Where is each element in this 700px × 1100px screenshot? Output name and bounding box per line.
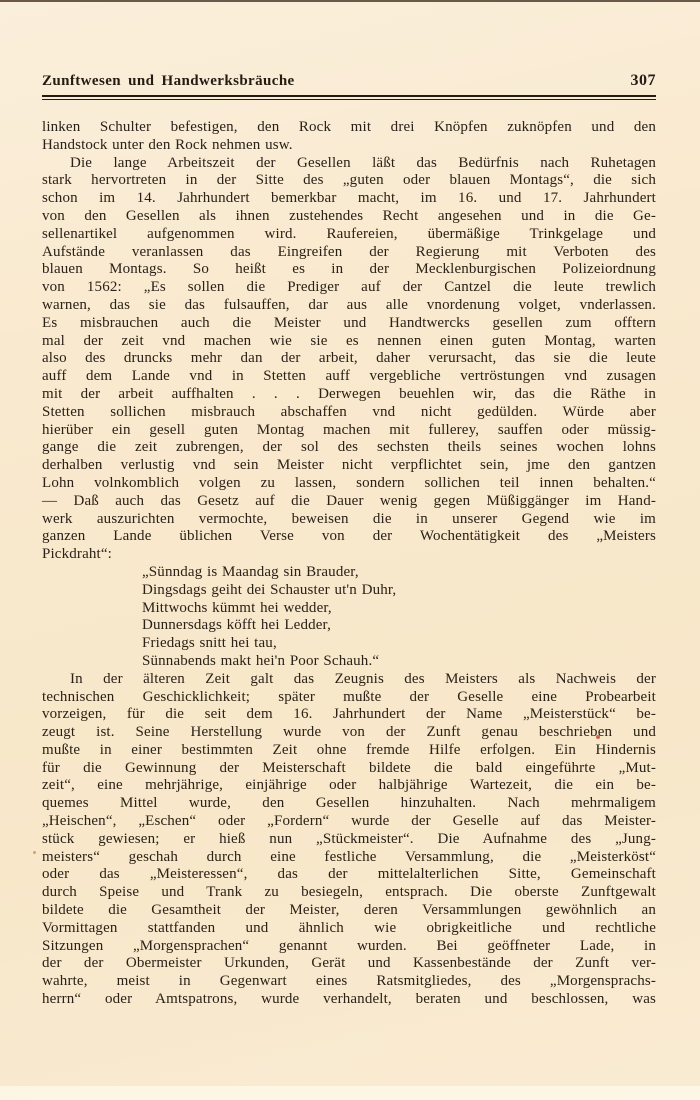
text-line: mit der arbeit auffhalten . . . Derwegen… — [42, 386, 656, 404]
verse-line: Mittwochs kümmt hei wedder, — [142, 600, 656, 618]
text-line: linken Schulter befestigen, den Rock mit… — [42, 119, 656, 137]
text-line: zeit“, eine mehrjährige, einjährige oder… — [42, 777, 656, 795]
paragraph: In der älteren Zeit galt das Zeugnis des… — [42, 671, 656, 1009]
text-line: „Heischen“, „Eschen“ oder „Fordern“ wurd… — [42, 813, 656, 831]
page-title: Zunftwesen und Handwerksbräuche — [42, 73, 295, 90]
text-line: Handstock unter den Rock nehmen usw. — [42, 137, 656, 155]
text-line: durch Speise und Trank zu besiegeln, ent… — [42, 884, 656, 902]
paragraph: Die lange Arbeitszeit der Gesellen läßt … — [42, 155, 656, 564]
text-line: — Daß auch das Gesetz auf die Dauer weni… — [42, 493, 656, 511]
text-line: Aufstände veranlassen das Eingreifen der… — [42, 244, 656, 262]
text-line: sellenartikel aufgenommen wird. Rauferei… — [42, 226, 656, 244]
page-top-edge-shadow — [0, 0, 700, 2]
paragraph: linken Schulter befestigen, den Rock mit… — [42, 119, 656, 155]
page-content: Zunftwesen und Handwerksbräuche 307 link… — [42, 72, 656, 1009]
text-line: blauen Montags. So heißt es in der Meckl… — [42, 261, 656, 279]
text-line: ganzen Lande üblichen Verse von der Woch… — [42, 528, 656, 546]
header-double-rule — [42, 95, 656, 100]
ink-speck — [596, 735, 600, 739]
text-line: von den Gesellen als ihnen zustehendes R… — [42, 208, 656, 226]
verse-line: Sünnabends makt hei'n Poor Schauh.“ — [142, 653, 656, 671]
text-line: werk auszurichten vermochte, beweisen di… — [42, 511, 656, 529]
verse-line: „Sünndag is Maandag sin Brauder, — [142, 564, 656, 582]
text-line: der der Obermeister Urkunden, Gerät und … — [42, 955, 656, 973]
text-line: warnen, das sie das fulsauffen, dar aus … — [42, 297, 656, 315]
page-number: 307 — [631, 72, 657, 90]
verse-block: „Sünndag is Maandag sin Brauder,Dingsdag… — [142, 564, 656, 671]
text-line: schon im 14. Jahrhundert bemerkbar macht… — [42, 190, 656, 208]
text-line: von 1562: „Es sollen die Prediger auf de… — [42, 279, 656, 297]
text-line: oder das „Meisteressen“, das der mittela… — [42, 866, 656, 884]
text-line: meisters“ geschah durch eine festliche V… — [42, 849, 656, 867]
text-line: gange die zeit zubrengen, der sol des se… — [42, 439, 656, 457]
text-line: derhalben verlustig vnd sein Meister nic… — [42, 457, 656, 475]
text-line: herrn“ oder Amtspatrons, wurde verhandel… — [42, 991, 656, 1009]
text-line: In der älteren Zeit galt das Zeugnis des… — [42, 671, 656, 689]
page-bottom-edge — [0, 1086, 700, 1100]
text-line: Vormittagen stattfanden und ähnlich wie … — [42, 920, 656, 938]
text-line: also des druncks mehr dan der arbeit, da… — [42, 350, 656, 368]
text-line: quemes Mittel wurde, den Gesellen hinzuh… — [42, 795, 656, 813]
text-line: bildete die Gesamtheit der Meister, dere… — [42, 902, 656, 920]
text-line: mal der zeit vnd machen wie sie es nenne… — [42, 333, 656, 351]
text-line: stark hervortreten in der Sitte des „gut… — [42, 172, 656, 190]
body-text: linken Schulter befestigen, den Rock mit… — [42, 119, 656, 1009]
text-line: Stetten sollichen misbrauch abschaffen v… — [42, 404, 656, 422]
text-line: für die Gewinnung der Meisterschaft bild… — [42, 760, 656, 778]
text-line: zeugt ist. Seine Herstellung wurde von d… — [42, 724, 656, 742]
book-page: Zunftwesen und Handwerksbräuche 307 link… — [0, 0, 700, 1100]
verse-line: Friedags snitt hei tau, — [142, 635, 656, 653]
text-line: hierüber ein gesell guten Montag machen … — [42, 422, 656, 440]
text-line: technischen Geschicklichkeit; später muß… — [42, 689, 656, 707]
text-line: Es misbrauchen auch die Meister und Hand… — [42, 315, 656, 333]
text-line: wahrte, meist in Gegenwart eines Ratsmit… — [42, 973, 656, 991]
text-line: Sitzungen „Morgensprachen“ genannt wurde… — [42, 938, 656, 956]
verse-line: Dunnersdags köfft hei Ledder, — [142, 617, 656, 635]
text-line: Pickdraht“: — [42, 546, 656, 564]
verse-line: Dingsdags geiht dei Schauster ut'n Duhr, — [142, 582, 656, 600]
text-line: Lohn volnkomblich volgen zu lassen, sond… — [42, 475, 656, 493]
text-line: Die lange Arbeitszeit der Gesellen läßt … — [42, 155, 656, 173]
text-line: stück gewiesen; er hieß nun „Stückmeiste… — [42, 831, 656, 849]
text-line: mußte in einer bestimmten Zeit ohne frem… — [42, 742, 656, 760]
text-line: vorzeigen, für die seit dem 16. Jahrhund… — [42, 706, 656, 724]
faint-ink-speck — [33, 851, 36, 854]
text-line: auff dem Lande vnd in Stetten auff verge… — [42, 368, 656, 386]
running-header: Zunftwesen und Handwerksbräuche 307 — [42, 72, 656, 90]
